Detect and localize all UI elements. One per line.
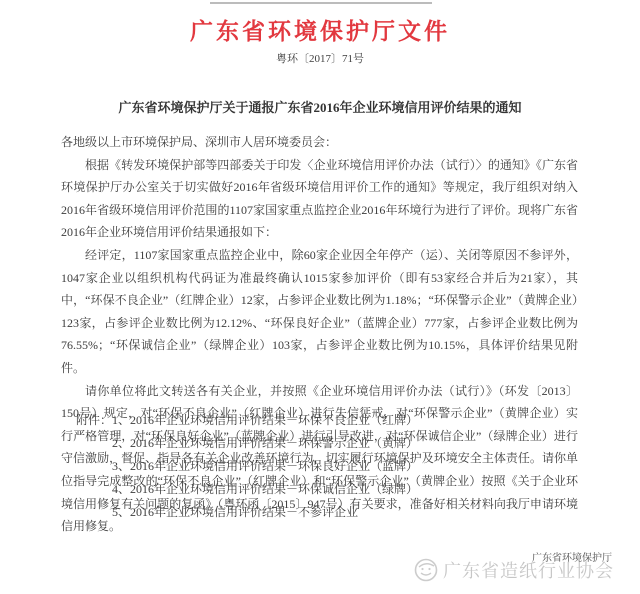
document-header-title: 广东省环境保护厅文件: [0, 13, 640, 46]
attachment-item-3: 3、2016年企业环境信用评价结果－环保良好企业（蓝牌）: [76, 455, 576, 478]
top-crop-line: [210, 2, 432, 4]
attachment-row: 附件：1、2016年企业环境信用评价结果－环保不良企业（红牌）: [76, 409, 576, 432]
association-logo-icon: [413, 557, 439, 583]
document-title: 广东省环境保护厅关于通报广东省2016年企业环境信用评价结果的通知: [0, 97, 640, 116]
salutation: 各地级以上市环境保护局、深圳市人居环境委员会：: [61, 131, 578, 154]
attachment-item-5: 5、2016年企业环境信用评价结果－不参评企业: [76, 501, 576, 524]
attachment-item-2: 2、2016年企业环境信用评价结果－环保警示企业（黄牌）: [76, 432, 576, 455]
association-watermark: 广东省造纸行业协会: [413, 557, 614, 583]
attachments-label: 附件：: [76, 413, 112, 427]
body-paragraph-2: 经评定，1107家国家重点监控企业中，除60家企业因全年停产（运）、关闭等原因不…: [61, 244, 578, 380]
attachment-item-4: 4、2016年企业环境信用评价结果－环保诚信企业（绿牌）: [76, 478, 576, 501]
body-paragraph-1: 根据《转发环境保护部等四部委关于印发〈企业环境信用评价办法（试行）〉的通知》《广…: [61, 154, 578, 244]
association-name: 广东省造纸行业协会: [443, 557, 614, 583]
document-page: 广东省环境保护厅文件 粤环〔2017〕71号 广东省环境保护厅关于通报广东省20…: [0, 0, 640, 594]
document-number: 粤环〔2017〕71号: [0, 50, 640, 66]
attachments-list: 附件：1、2016年企业环境信用评价结果－环保不良企业（红牌） 2、2016年企…: [76, 409, 576, 524]
attachment-item-1: 1、2016年企业环境信用评价结果－环保不良企业（红牌）: [112, 413, 418, 427]
